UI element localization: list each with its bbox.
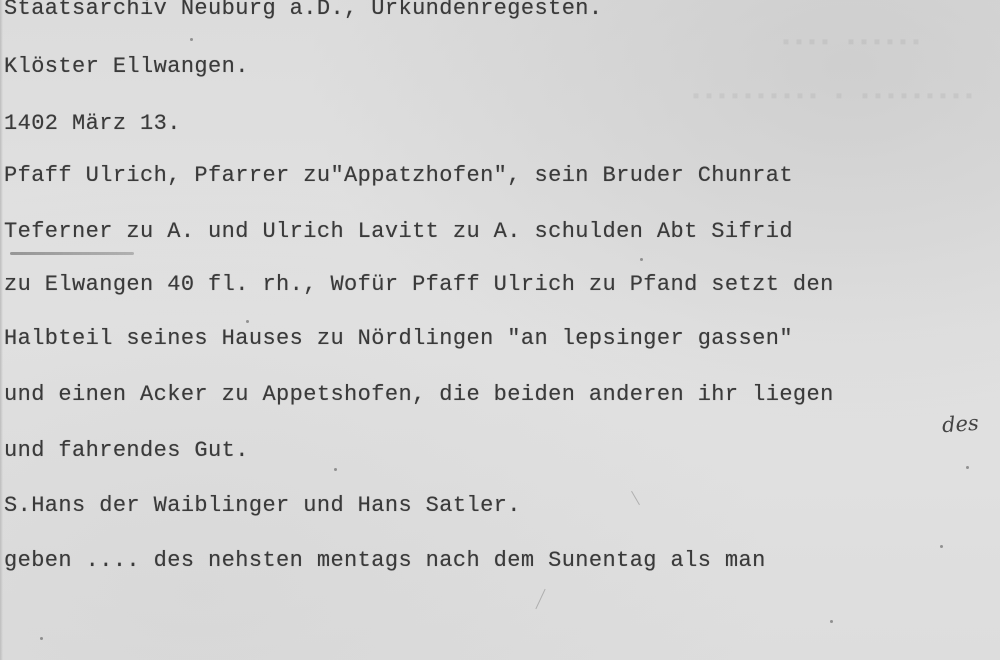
paper-speck xyxy=(830,620,833,623)
paper-speck xyxy=(190,38,193,41)
body-line: und fahrendes Gut. xyxy=(4,438,249,464)
paper-speck xyxy=(640,258,643,261)
body-line: Halbteil seines Hauses zu Nördlingen "an… xyxy=(4,326,793,352)
document-date: 1402 März 13. xyxy=(4,111,181,137)
seal-line: S.Hans der Waiblinger und Hans Satler. xyxy=(4,493,521,519)
body-line: Pfaff Ulrich, Pfarrer zu"Appatzhofen", s… xyxy=(4,163,793,189)
paper-speck xyxy=(246,320,249,323)
collection-title: Klöster Ellwangen. xyxy=(4,54,249,80)
body-line: zu Elwangen 40 fl. rh., Wofür Pfaff Ulri… xyxy=(4,272,834,298)
dating-clause: geben .... des nehsten mentags nach dem … xyxy=(4,548,766,574)
paper-scratch xyxy=(535,589,545,609)
paper-speck xyxy=(966,466,969,469)
handwritten-insertion: des xyxy=(941,411,979,437)
paper-speck xyxy=(40,637,43,640)
page-edge-shadow xyxy=(0,0,3,660)
body-line: und einen Acker zu Appetshofen, die beid… xyxy=(4,382,834,408)
document-page: ▪▪▪▪ ▪▪▪▪▪▪ ▪▪▪▪▪▪▪▪▪▪ ▪ ▪▪▪▪▪▪▪▪▪ Staat… xyxy=(0,0,1000,660)
bleed-through-texture: ▪▪▪▪▪▪▪▪▪▪ ▪ ▪▪▪▪▪▪▪▪▪ xyxy=(690,86,976,109)
body-line: Teferner zu A. und Ulrich Lavitt zu A. s… xyxy=(4,219,793,245)
paper-speck xyxy=(334,468,337,471)
bleed-through-texture: ▪▪▪▪ ▪▪▪▪▪▪ xyxy=(780,32,923,55)
paper-speck xyxy=(940,545,943,548)
paper-scratch xyxy=(631,491,640,505)
archive-header: Staatsarchiv Neuburg a.D., Urkundenreges… xyxy=(4,0,603,22)
pencil-underline xyxy=(10,252,134,255)
